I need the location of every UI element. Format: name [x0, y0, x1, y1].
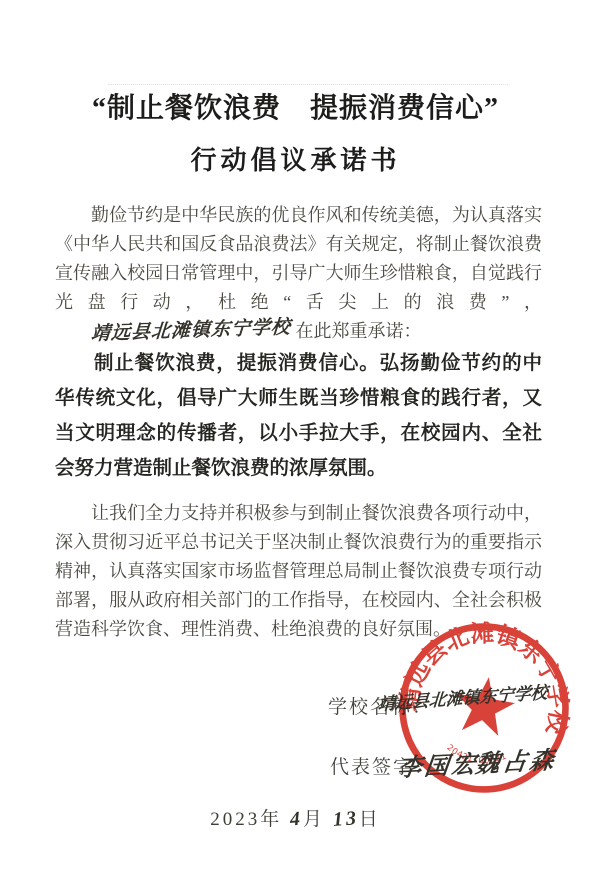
handwritten-date-month: 4	[289, 808, 304, 832]
date-line: 2023年 4月 13日	[0, 804, 591, 831]
date-year: 2023	[210, 809, 260, 830]
paragraph-intro-closing: 在此郑重承诺：	[291, 321, 422, 341]
date-year-unit: 年	[260, 809, 282, 830]
handwritten-date-day: 13	[332, 807, 360, 832]
document-title-line1: “制止餐饮浪费 提振消费信心”	[0, 86, 591, 126]
paragraph-pledge: 制止餐饮浪费，提振消费信心。弘扬勤俭节约的中华传统文化，倡导广大师生既当珍惜粮食…	[55, 346, 542, 486]
date-month-unit: 月	[303, 809, 325, 830]
paragraph-intro-text: 勤俭节约是中华民族的优良作风和传统美德，为认真落实《中华人民共和国反食品浪费法》…	[55, 205, 542, 312]
handwritten-signature-2: 魏占森	[474, 740, 559, 780]
handwritten-signature-1: 李国宏	[396, 744, 481, 784]
handwritten-school-name-inline: 靖远县北滩镇东宁学校	[54, 313, 292, 350]
document-title-line2: 行动倡议承诺书	[0, 140, 591, 177]
scanned-commitment-letter: “制止餐饮浪费 提振消费信心” 行动倡议承诺书 勤俭节约是中华民族的优良作风和传…	[0, 0, 591, 886]
paragraph-intro: 勤俭节约是中华民族的优良作风和传统美德，为认真落实《中华人民共和国反食品浪费法》…	[55, 201, 542, 346]
date-day-unit: 日	[359, 809, 381, 830]
